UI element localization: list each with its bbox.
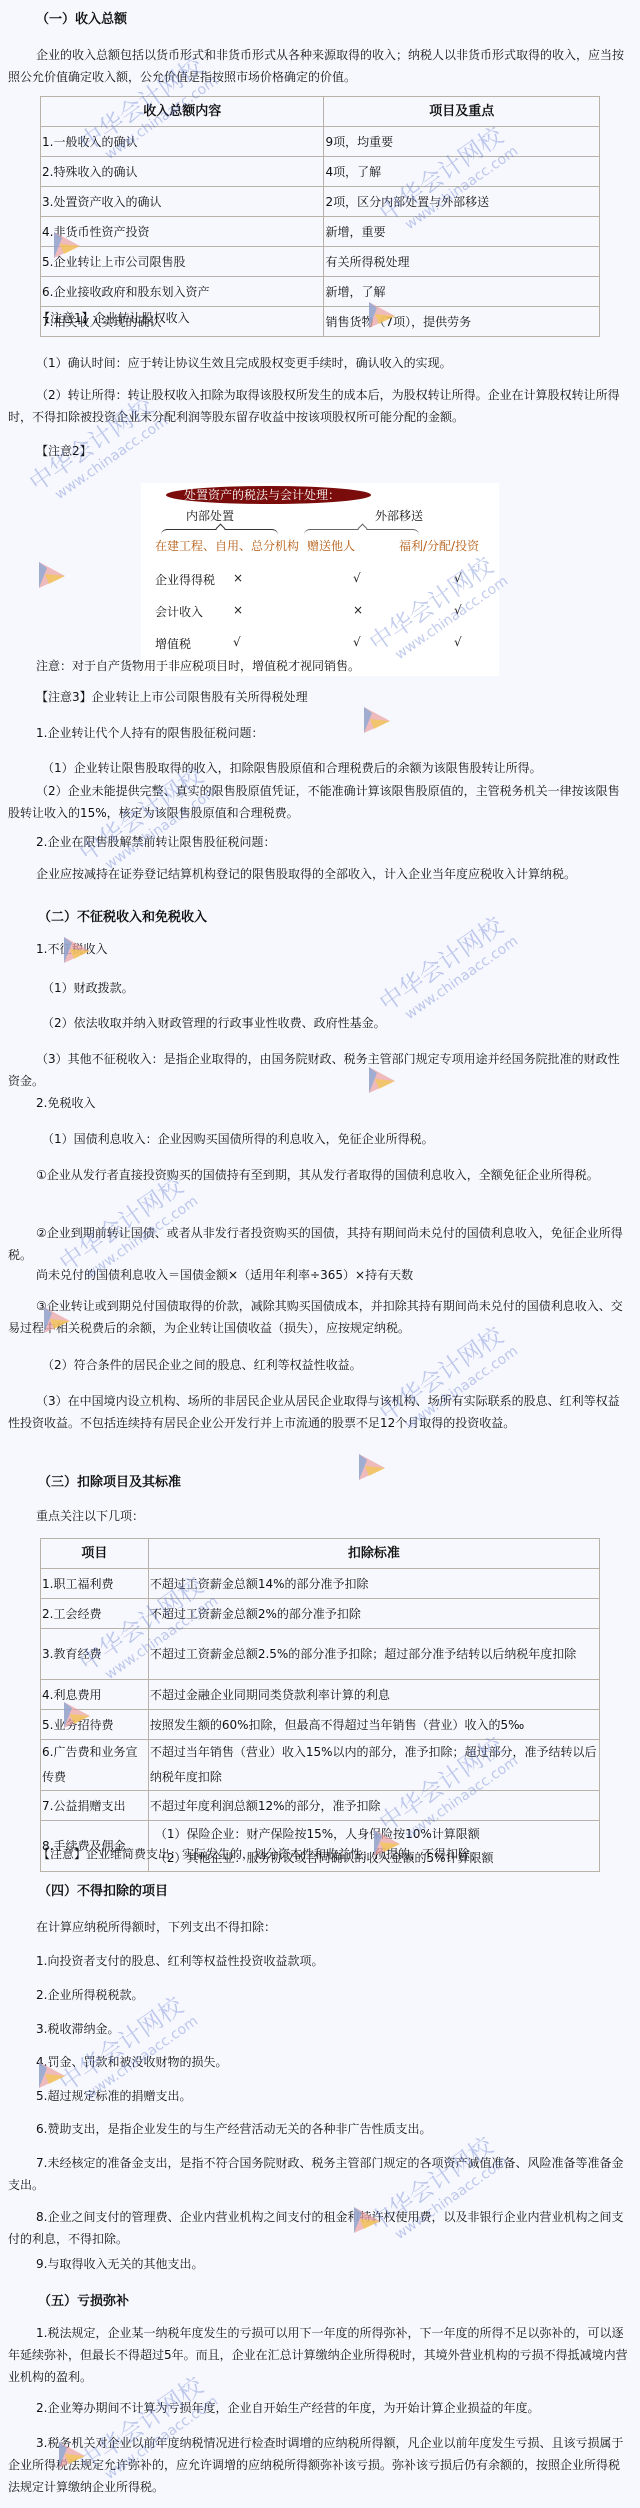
table-cell: 不超过年度利润总额12%的部分，准予扣除 [148, 1791, 599, 1821]
table-header: 项目 [41, 1539, 149, 1569]
table-row: 4.非货币性资产投资新增，重要 [41, 217, 600, 247]
check-icon: √ [233, 635, 241, 649]
table-cell: 1.一般收入的确认 [41, 127, 324, 157]
table-row: 2.工会经费不超过工资薪金总额2%的部分准予扣除 [41, 1599, 600, 1629]
nondeductible-item: 1.向投资者支付的股息、红利等权益性投资收益款项。 [36, 1950, 323, 1972]
check-icon: √ [454, 635, 462, 649]
section-title-loss-carryforward: （五）亏损弥补 [38, 2290, 129, 2309]
table-cell: 2.工会经费 [41, 1599, 149, 1629]
check-icon: √ [454, 603, 462, 617]
nondeductible-item: 7.未经核定的准备金支出，是指不符合国务院财政、税务主管部门规定的各项资产减值准… [8, 2142, 628, 2196]
diagram-col-gift: 赠送他人 [307, 537, 355, 554]
watermark-logo-icon [35, 560, 69, 590]
table-cell: 2.特殊收入的确认 [41, 157, 324, 187]
nondeductible-item: 4.罚金、罚款和被没收财物的损失。 [36, 2051, 227, 2073]
table-row: 3.处置资产收入的确认2项，区分内部处置与外部移送 [41, 187, 600, 217]
table-cell: 9项，均重要 [324, 127, 600, 157]
table-row: 4.利息费用不超过金融企业同期同类贷款利率计算的利息 [41, 1680, 600, 1710]
table-cell: 不超过金融企业同期同类贷款利率计算的利息 [148, 1680, 599, 1710]
nondeductible-item: 6.赞助支出，是指企业发生的与生产经营活动无关的各种非广告性质支出。 [36, 2118, 431, 2140]
table-cell: 3.教育经费 [41, 1629, 149, 1680]
table-cell: 7.公益捐赠支出 [41, 1791, 149, 1821]
deductions-intro: 重点关注以下几项： [36, 1505, 144, 1527]
table-cell: 新增，重要 [324, 217, 600, 247]
table-cell: 1.职工福利费 [41, 1569, 149, 1599]
note3-q1-paragraph-2: （2）企业未能提供完整、真实的限售股原值凭证，不能准确计算该限售股原值的，主管税… [8, 764, 628, 824]
watermark: 中华会计网校www.chinaacc.com [371, 904, 521, 1031]
table-cell: 5.企业转让上市公司限售股 [41, 247, 324, 277]
watermark-logo-icon [355, 1452, 389, 1482]
bond-point: ②企业到期前转让国债、或者从非发行者投资购买的国债，其持有期间尚未兑付的国债利息… [8, 1212, 628, 1266]
nondeductible-item: 2.企业所得税税款。 [36, 1984, 143, 2006]
nondeductible-item: 3.税收滞纳金。 [36, 2018, 119, 2040]
diagram-col-internal: 在建工程、自用、总分机构 [155, 537, 299, 554]
nondeductible-intro: 在计算应纳税所得额时，下列支出不得扣除： [36, 1916, 276, 1938]
table-row: 1.职工福利费不超过工资薪金总额14%的部分准予扣除 [41, 1569, 600, 1599]
bond-point: ①企业从发行者直接投资购买的国债持有至到期，其从发行者取得的国债利息收入，全额免… [8, 1154, 628, 1186]
paragraph-income-intro: 企业的收入总额包括以货币形式和非货币形式从各种来源取得的收入；纳税人以非货币形式… [8, 44, 628, 88]
table-header: 扣除标准 [148, 1539, 599, 1569]
cross-icon: × [233, 603, 243, 617]
watermark-logo-icon [360, 705, 394, 735]
table-row: 2.特殊收入的确认4项，了解 [41, 157, 600, 187]
deductions-note: 【注意】企业维简费支出：实际发生的，划分资本性和收益性；预提的，不得扣除。 [38, 1843, 482, 1865]
table-row: 1.一般收入的确认9项，均重要 [41, 127, 600, 157]
table-row: 6.企业接收政府和股东划入资产新增，了解 [41, 277, 600, 307]
nontaxable-item: （2）依法收取并纳入财政管理的行政事业性收费、政府性基金。 [42, 1012, 386, 1034]
table-cell: 销售货物（7项），提供劳务 [324, 307, 600, 337]
note2-title: 【注意2】 [36, 440, 92, 462]
nondeductible-item: 5.超过规定标准的捐赠支出。 [36, 2085, 191, 2107]
exempt-item: （1）国债利息收入：企业因购买国债所得的利息收入，免征企业所得税。 [42, 1128, 434, 1150]
asset-disposal-diagram: 处置资产的税法与会计处理： 内部处置 外部移送 在建工程、自用、总分机构 赠送他… [141, 483, 499, 676]
loss-item: 3.税务机关对企业以前年度纳税情况进行检查时调增的应纳税所得额，凡企业以前年度发… [8, 2424, 628, 2498]
table-cell: 按照发生额的60%扣除，但最高不得超过当年销售（营业）收入的5‰ [148, 1710, 599, 1740]
table-header-row: 项目 扣除标准 [41, 1539, 600, 1569]
diagram-title-pill: 处置资产的税法与会计处理： [166, 486, 371, 504]
section-title-deductions: （三）扣除项目及其标准 [38, 1471, 181, 1490]
exempt-item: （2）符合条件的居民企业之间的股息、红利等权益性收益。 [42, 1354, 362, 1376]
note1-title: 【注意1】企业转让股权收入 [38, 307, 190, 329]
cross-icon: × [353, 603, 363, 617]
nontaxable-item: （1）财政拨款。 [42, 977, 134, 999]
table-header-row: 收入总额内容 项目及重点 [41, 97, 600, 127]
nondeductible-item: 8.企业之间支付的管理费、企业内营业机构之间支付的租金和特许权使用费，以及非银行… [8, 2196, 628, 2250]
table-row: 5.业务招待费按照发生额的60%扣除，但最高不得超过当年销售（营业）收入的5‰ [41, 1710, 600, 1740]
diagram-row-label: 会计收入 [155, 603, 203, 620]
nontaxable-item: （3）其他不征税收入：是指企业取得的，由国务院财政、税务主管部门规定专项用途并经… [8, 1034, 628, 1092]
table-cell: 有关所得税处理 [324, 247, 600, 277]
table-header: 收入总额内容 [41, 97, 324, 127]
table-cell: 4.非货币性资产投资 [41, 217, 324, 247]
table-cell: 4.利息费用 [41, 1680, 149, 1710]
note1-paragraph-2: （2）转让所得：转让股权收入扣除为取得该股权所发生的成本后，为股权转让所得。企业… [8, 384, 628, 428]
section-title-nontaxable: （二）不征税收入和免税收入 [38, 906, 207, 925]
table-cell: 不超过工资薪金总额2.5%的部分准予扣除；超过部分准予结转以后纳税年度扣除 [148, 1629, 599, 1680]
table-cell: 2项，区分内部处置与外部移送 [324, 187, 600, 217]
table-cell: 5.业务招待费 [41, 1710, 149, 1740]
table-row: 5.企业转让上市公司限售股有关所得税处理 [41, 247, 600, 277]
table-cell: 3.处置资产收入的确认 [41, 187, 324, 217]
diagram-group-external: 外部移送 [375, 507, 423, 524]
table-cell: 不超过工资薪金总额14%的部分准予扣除 [148, 1569, 599, 1599]
diagram-row-label: 企业得得税 [155, 571, 215, 588]
table-cell: 不超过工资薪金总额2%的部分准予扣除 [148, 1599, 599, 1629]
diagram-group-internal: 内部处置 [186, 507, 234, 524]
section-title-nondeductible: （四）不得扣除的项目 [38, 1880, 168, 1899]
table-cell: 6.企业接收政府和股东划入资产 [41, 277, 324, 307]
table-cell: 6.广告费和业务宣传费 [41, 1740, 149, 1791]
table-row: 3.教育经费不超过工资薪金总额2.5%的部分准予扣除；超过部分准予结转以后纳税年… [41, 1629, 600, 1680]
diagram-row-label: 增值税 [155, 635, 191, 652]
check-icon: √ [353, 635, 361, 649]
table-header: 项目及重点 [324, 97, 600, 127]
cross-icon: × [233, 571, 243, 585]
income-table: 收入总额内容 项目及重点 1.一般收入的确认9项，均重要 2.特殊收入的确认4项… [40, 96, 600, 337]
note3-q2-paragraph-1: 企业应按减持在证券登记结算机构登记的限售股取得的全部收入，计入企业当年度应税收入… [8, 847, 628, 885]
bond-formula: 尚未兑付的国债利息收入＝国债金额×（适用年利率÷365）×持有天数 [36, 1264, 413, 1286]
table-cell: 不超过当年销售（营业）收入15%以内的部分，准予扣除；超过部分，准予结转以后纳税… [148, 1740, 599, 1791]
check-icon: √ [454, 571, 462, 585]
bond-point: ③企业转让或到期兑付国债取得的价款，减除其购买国债成本，并扣除其持有期间尚未兑付… [8, 1289, 628, 1339]
note1-paragraph-1: （1）确认时间：应于转让协议生效且完成股权变更手续时，确认收入的实现。 [36, 352, 452, 374]
diagram-col-welfare: 福利/分配/投资 [399, 537, 479, 554]
table-cell: 4项，了解 [324, 157, 600, 187]
loss-item: 2.企业筹办期间不计算为亏损年度，企业自开始生产经营的年度，为开始计算企业损益的… [36, 2397, 539, 2419]
table-row: 7.公益捐赠支出不超过年度利润总额12%的部分，准予扣除 [41, 1791, 600, 1821]
table-cell: 新增，了解 [324, 277, 600, 307]
deductions-table: 项目 扣除标准 1.职工福利费不超过工资薪金总额14%的部分准予扣除 2.工会经… [40, 1538, 600, 1872]
note2-text: 注意：对于自产货物用于非应税项目时，增值税才视同销售。 [36, 655, 360, 677]
note3-title: 【注意3】企业转让上市公司限售股有关所得税处理 [36, 686, 308, 708]
note3-question-1: 1.企业转让代个人持有的限售股征税问题： [36, 722, 263, 744]
nondeductible-item: 9.与取得收入无关的其他支出。 [36, 2253, 203, 2275]
nontaxable-subtitle: 1.不征税收入 [36, 938, 107, 960]
exempt-subtitle: 2.免税收入 [36, 1092, 95, 1114]
exempt-item: （3）在中国境内设立机构、场所的非居民企业从居民企业取得与该机构、场所有实际联系… [8, 1378, 628, 1434]
loss-item: 1.税法规定，企业某一纳税年度发生的亏损可以用下一年度的所得弥补，下一年度的所得… [8, 2318, 628, 2388]
section-title-income: （一）收入总额 [36, 8, 127, 27]
check-icon: √ [353, 571, 361, 585]
table-row: 6.广告费和业务宣传费不超过当年销售（营业）收入15%以内的部分，准予扣除；超过… [41, 1740, 600, 1791]
